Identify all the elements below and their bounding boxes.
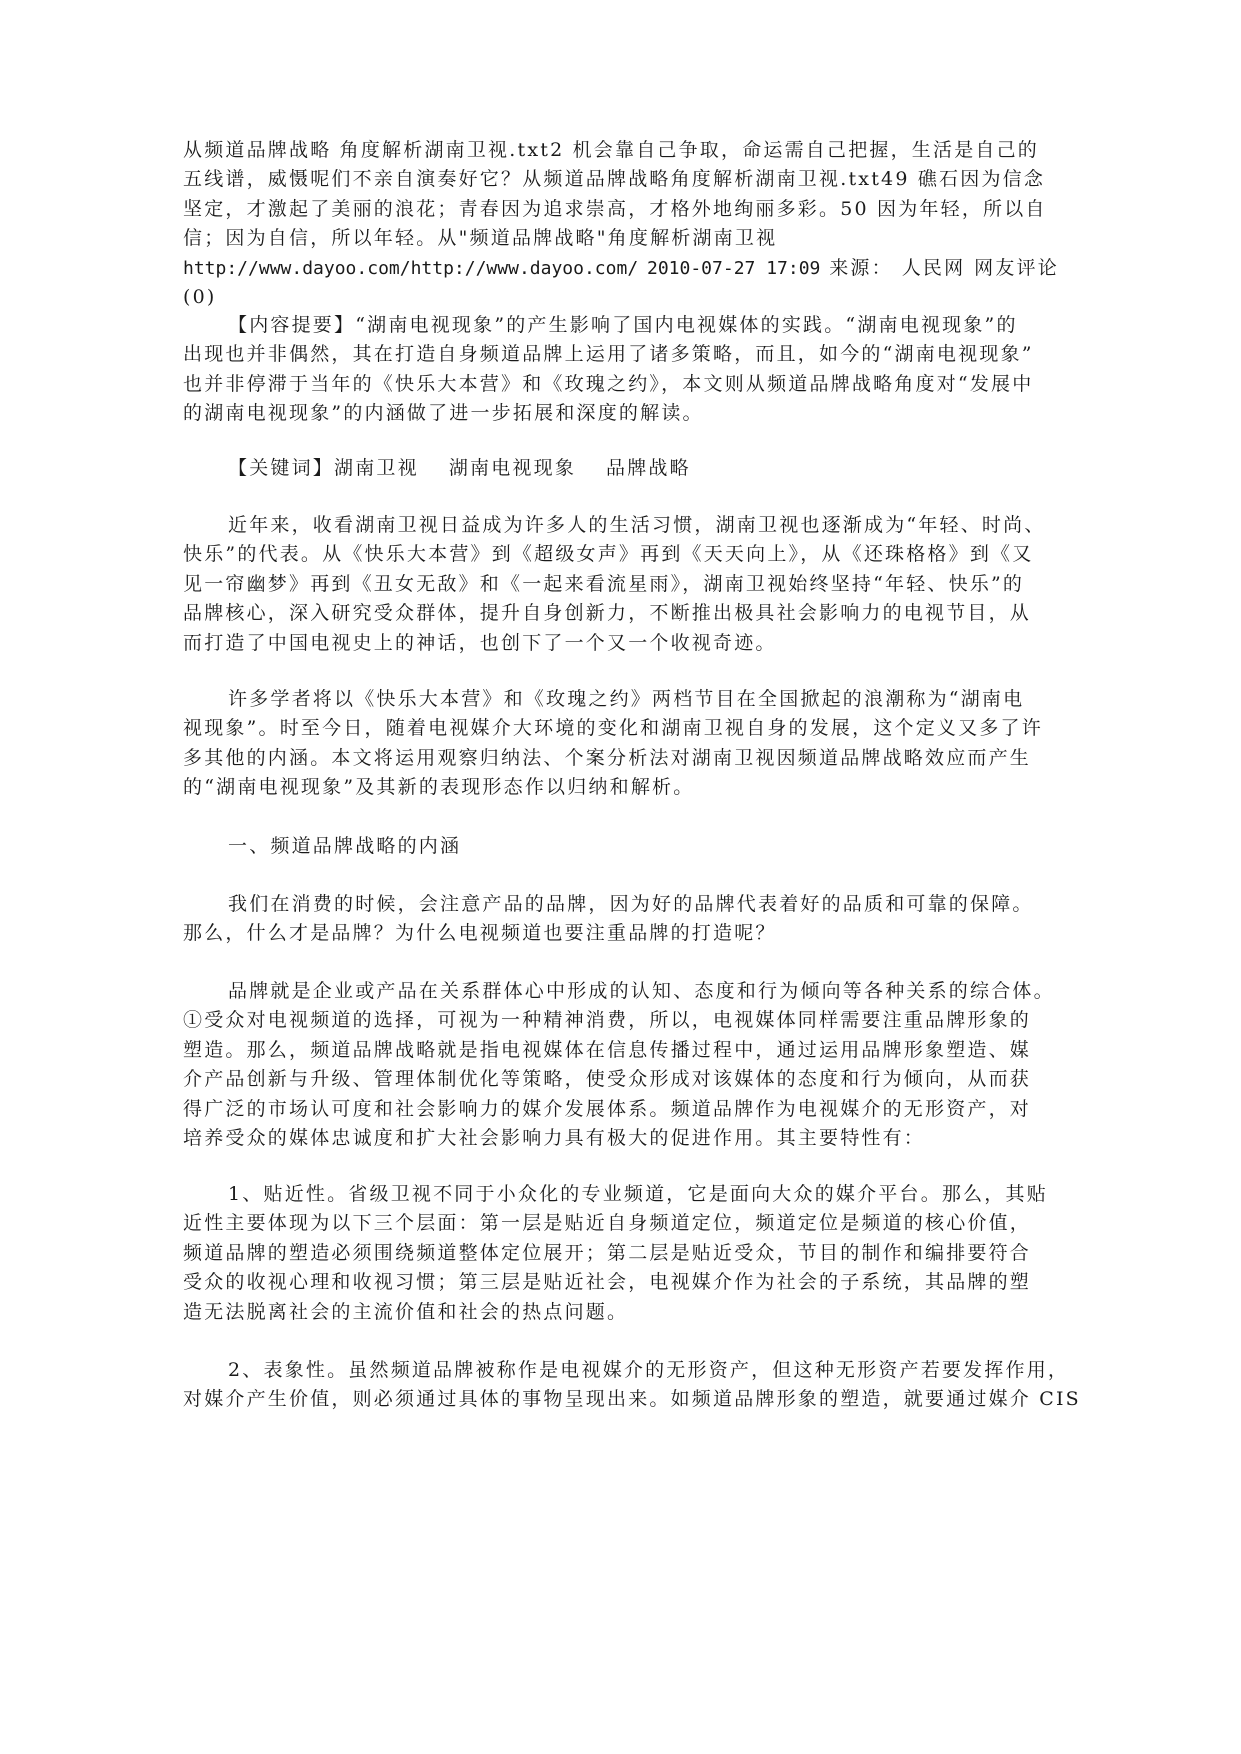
source-urls[interactable]: http://www.dayoo.com/http://www.dayoo.co… bbox=[183, 254, 638, 283]
paragraph-phenomenon: 许多学者将以《快乐大本营》和《玫瑰之约》两档节目在全国掀起的浪潮称为“湖南电 视… bbox=[183, 685, 1059, 803]
paragraph-line: 得广泛的市场认可度和社会影响力的媒介发展体系。频道品牌作为电视媒介的无形资产，对 bbox=[183, 1095, 1059, 1124]
source-name: 人民网 bbox=[902, 254, 966, 283]
paragraph-line: 近年来，收看湖南卫视日益成为许多人的生活习惯，湖南卫视也逐渐成为“年轻、时尚、 bbox=[183, 511, 1059, 540]
source-datetime: 2010-07-27 17:09 bbox=[647, 254, 820, 283]
paragraph-line: 多其他的内涵。本文将运用观察归纳法、个案分析法对湖南卫视因频道品牌战略效应而产生 bbox=[183, 744, 1059, 773]
paragraph-line: 2、表象性。虽然频道品牌被称作是电视媒介的无形资产，但这种无形资产若要发挥作用， bbox=[183, 1356, 1059, 1385]
paragraph-line: 视现象”。时至今日，随着电视媒介大环境的变化和湖南卫视自身的发展，这个定义又多了… bbox=[183, 714, 1059, 743]
abstract-line: 【内容提要】“湖南电视现象”的产生影响了国内电视媒体的实践。“湖南电视现象”的 bbox=[183, 311, 1059, 340]
keywords-label: 【关键词】 bbox=[228, 457, 334, 479]
paragraph-line: ①受众对电视频道的选择，可视为一种精神消费，所以，电视媒体同样需要注重品牌形象的 bbox=[183, 1006, 1059, 1035]
abstract-line: 出现也并非偶然，其在打造自身频道品牌上运用了诸多策略，而且，如今的“湖南电视现象… bbox=[183, 340, 1059, 369]
source-label: 来源： bbox=[829, 254, 893, 283]
paragraph-line: 受众的收视心理和收视习惯；第三层是贴近社会，电视媒介作为社会的子系统，其品牌的塑 bbox=[183, 1268, 1059, 1297]
abstract-line: 的湖南电视现象”的内涵做了进一步拓展和深度的解读。 bbox=[183, 399, 1059, 428]
paragraph-line: 的“湖南电视现象”及其新的表现形态作以归纳和解析。 bbox=[183, 773, 1059, 802]
paragraph-line: 对媒介产生价值，则必须通过具体的事物呈现出来。如频道品牌形象的塑造，就要通过媒介… bbox=[183, 1385, 1059, 1414]
header-line: 坚定，才激起了美丽的浪花；青春因为追求崇高，才格外地绚丽多彩。50 因为年轻，所… bbox=[183, 195, 1059, 224]
header-line: 信；因为自信，所以年轻。从"频道品牌战略"角度解析湖南卫视 bbox=[183, 224, 1059, 253]
keyword: 湖南电视现象 bbox=[449, 457, 576, 479]
section-heading: 一、频道品牌战略的内涵 bbox=[183, 832, 1059, 861]
comments-count: (0) bbox=[183, 283, 1059, 312]
paragraph-line: 我们在消费的时候，会注意产品的品牌，因为好的品牌代表着好的品质和可靠的保障。 bbox=[183, 890, 1059, 919]
paragraph-representation: 2、表象性。虽然频道品牌被称作是电视媒介的无形资产，但这种无形资产若要发挥作用，… bbox=[183, 1356, 1059, 1415]
paragraph-line: 品牌就是企业或产品在关系群体心中形成的认知、态度和行为倾向等各种关系的综合体。 bbox=[183, 977, 1059, 1006]
paragraph-line: 1、贴近性。省级卫视不同于小众化的专业频道，它是面向大众的媒介平台。那么，其贴 bbox=[183, 1180, 1059, 1209]
source-line: http://www.dayoo.com/http://www.dayoo.co… bbox=[183, 254, 1059, 283]
paragraph-proximity: 1、贴近性。省级卫视不同于小众化的专业频道，它是面向大众的媒介平台。那么，其贴 … bbox=[183, 1180, 1059, 1327]
paragraph-intro: 近年来，收看湖南卫视日益成为许多人的生活习惯，湖南卫视也逐渐成为“年轻、时尚、 … bbox=[183, 511, 1059, 658]
paragraph-line: 那么，什么才是品牌？为什么电视频道也要注重品牌的打造呢？ bbox=[183, 919, 1059, 948]
paragraph-line: 品牌核心，深入研究受众群体，提升自身创新力，不断推出极具社会影响力的电视节目，从 bbox=[183, 599, 1059, 628]
paragraph-line: 见一帘幽梦》再到《丑女无敌》和《一起来看流星雨》，湖南卫视始终坚持“年轻、快乐”… bbox=[183, 570, 1059, 599]
keywords: 【关键词】湖南卫视湖南电视现象品牌战略 bbox=[183, 454, 1059, 483]
keyword: 湖南卫视 bbox=[334, 457, 419, 479]
keyword: 品牌战略 bbox=[606, 457, 691, 479]
abstract-line: 也并非停滞于当年的《快乐大本营》和《玫瑰之约》，本文则从频道品牌战略角度对“发展… bbox=[183, 370, 1059, 399]
abstract: 【内容提要】“湖南电视现象”的产生影响了国内电视媒体的实践。“湖南电视现象”的 … bbox=[183, 311, 1059, 429]
paragraph-line: 近性主要体现为以下三个层面：第一层是贴近自身频道定位，频道定位是频道的核心价值， bbox=[183, 1209, 1059, 1238]
header-line: 五线谱，威慑呢们不亲自演奏好它？从频道品牌战略角度解析湖南卫视.txt49 礁石… bbox=[183, 165, 1059, 194]
section-title: 一、频道品牌战略的内涵 bbox=[183, 832, 1059, 861]
paragraph-line: 快乐”的代表。从《快乐大本营》到《超级女声》再到《天天向上》，从《还珠格格》到《… bbox=[183, 540, 1059, 569]
paragraph-line: 频道品牌的塑造必须围绕频道整体定位展开；第二层是贴近受众，节目的制作和编排要符合 bbox=[183, 1239, 1059, 1268]
document-page: 从频道品牌战略 角度解析湖南卫视.txt2 机会靠自己争取，命运需自己把握，生活… bbox=[0, 0, 1241, 1754]
paragraph-brand-definition: 品牌就是企业或产品在关系群体心中形成的认知、态度和行为倾向等各种关系的综合体。 … bbox=[183, 977, 1059, 1153]
paragraph-line: 许多学者将以《快乐大本营》和《玫瑰之约》两档节目在全国掀起的浪潮称为“湖南电 bbox=[183, 685, 1059, 714]
header-block: 从频道品牌战略 角度解析湖南卫视.txt2 机会靠自己争取，命运需自己把握，生活… bbox=[183, 136, 1059, 312]
paragraph-line: 造无法脱离社会的主流价值和社会的热点问题。 bbox=[183, 1298, 1059, 1327]
comments-label: 网友评论 bbox=[974, 254, 1059, 283]
paragraph-line: 介产品创新与升级、管理体制优化等策略，使受众形成对该媒体的态度和行为倾向，从而获 bbox=[183, 1065, 1059, 1094]
paragraph-consumption: 我们在消费的时候，会注意产品的品牌，因为好的品牌代表着好的品质和可靠的保障。 那… bbox=[183, 890, 1059, 949]
header-line: 从频道品牌战略 角度解析湖南卫视.txt2 机会靠自己争取，命运需自己把握，生活… bbox=[183, 136, 1059, 165]
paragraph-line: 培养受众的媒体忠诚度和扩大社会影响力具有极大的促进作用。其主要特性有： bbox=[183, 1124, 1059, 1153]
paragraph-line: 而打造了中国电视史上的神话，也创下了一个又一个收视奇迹。 bbox=[183, 629, 1059, 658]
paragraph-line: 塑造。那么，频道品牌战略就是指电视媒体在信息传播过程中，通过运用品牌形象塑造、媒 bbox=[183, 1036, 1059, 1065]
